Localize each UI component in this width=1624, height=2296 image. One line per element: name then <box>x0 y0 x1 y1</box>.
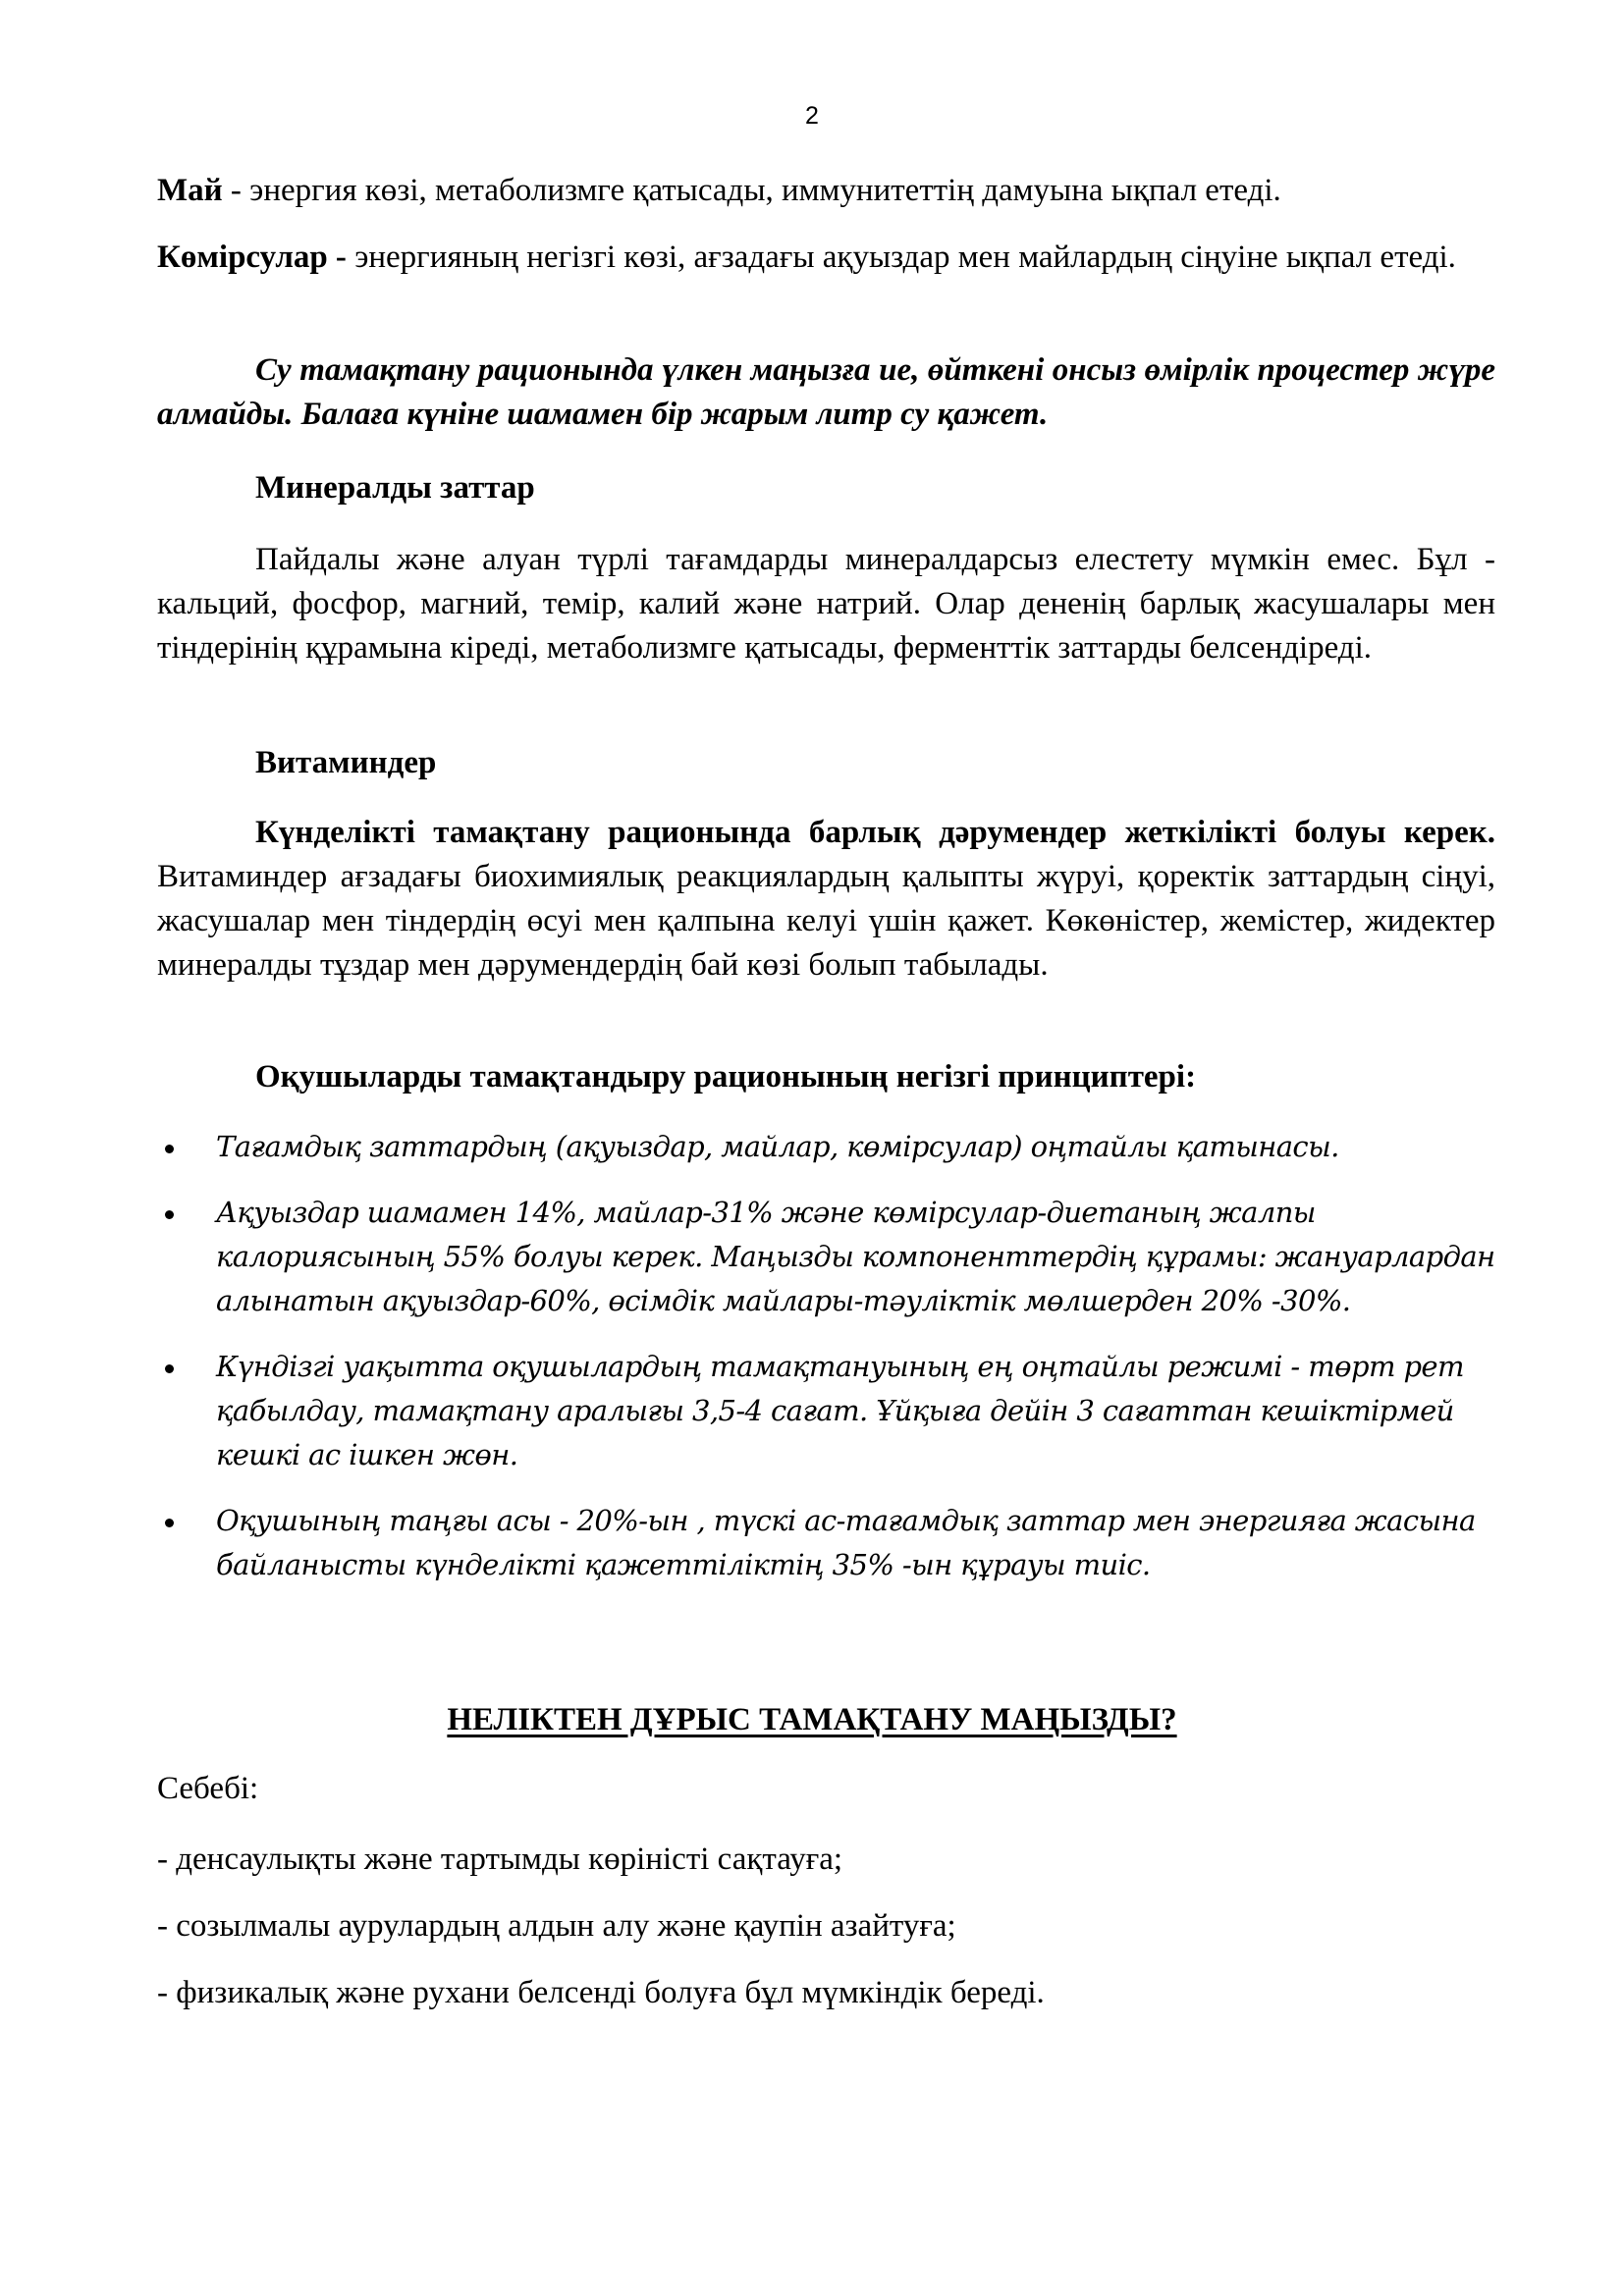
principles-heading: Оқушыларды тамақтандыру рационының негіз… <box>255 1055 1196 1099</box>
reason-item: - физикалық және рухани белсенді болуға … <box>157 1971 1495 2015</box>
carbs-paragraph: Көмірсулар - энергияның негізгі көзі, ағ… <box>157 236 1495 280</box>
principles-list: Тағамдық заттардың (ақуыздар, майлар, кө… <box>157 1125 1512 1587</box>
principle-text: Күндізгі уақытта оқушылардың тамақтануын… <box>216 1350 1464 1471</box>
bullet-icon <box>165 1364 174 1373</box>
vitamins-paragraph: Күнделікті тамақтану рационында барлық д… <box>157 811 1495 988</box>
vitamins-bold-lead: Күнделікті тамақтану рационында барлық д… <box>255 815 1495 850</box>
document-page: 2 Май - энергия көзі, метаболизмге қатыс… <box>0 0 1624 2296</box>
principle-text: Оқушының таңғы асы - 20%-ын , түскі ас-т… <box>216 1504 1476 1581</box>
vitamins-text: Витаминдер ағзадағы биохимиялық реакциял… <box>157 859 1495 983</box>
fat-text: - энергия көзі, метаболизмге қатысады, и… <box>223 173 1281 208</box>
page-number: 2 <box>0 102 1624 131</box>
principle-text: Тағамдық заттардың (ақуыздар, майлар, кө… <box>216 1130 1339 1163</box>
fat-term: Май <box>157 173 223 208</box>
reason-item: - денсаулықты және тартымды көріністі са… <box>157 1838 1495 1882</box>
water-note: Су тамақтану рационында үлкен маңызға ие… <box>157 348 1495 437</box>
reason-label: Себебі: <box>157 1767 1495 1811</box>
list-item: Оқушының таңғы асы - 20%-ын , түскі ас-т… <box>157 1499 1512 1587</box>
bullet-icon <box>165 1210 174 1219</box>
carbs-term: Көмірсулар - <box>157 240 347 275</box>
list-item: Күндізгі уақытта оқушылардың тамақтануын… <box>157 1345 1512 1477</box>
reason-item: - созылмалы аурулардың алдын алу және қа… <box>157 1904 1495 1949</box>
minerals-heading: Минералды заттар <box>255 466 535 510</box>
principle-text: Ақуыздар шамамен 14%, майлар-31% және кө… <box>216 1196 1495 1317</box>
fat-paragraph: Май - энергия көзі, метаболизмге қатысад… <box>157 169 1495 213</box>
why-heading: НЕЛІКТЕН ДҰРЫС ТАМАҚТАНУ МАҢЫЗДЫ? <box>0 1698 1624 1742</box>
carbs-text: энергияның негізгі көзі, ағзадағы ақуызд… <box>347 240 1456 275</box>
vitamins-heading: Витаминдер <box>255 741 436 785</box>
bullet-icon <box>165 1519 174 1527</box>
list-item: Ақуыздар шамамен 14%, майлар-31% және кө… <box>157 1191 1512 1323</box>
bullet-icon <box>165 1145 174 1153</box>
minerals-paragraph: Пайдалы және алуан түрлі тағамдарды мине… <box>157 538 1495 670</box>
list-item: Тағамдық заттардың (ақуыздар, майлар, кө… <box>157 1125 1512 1169</box>
